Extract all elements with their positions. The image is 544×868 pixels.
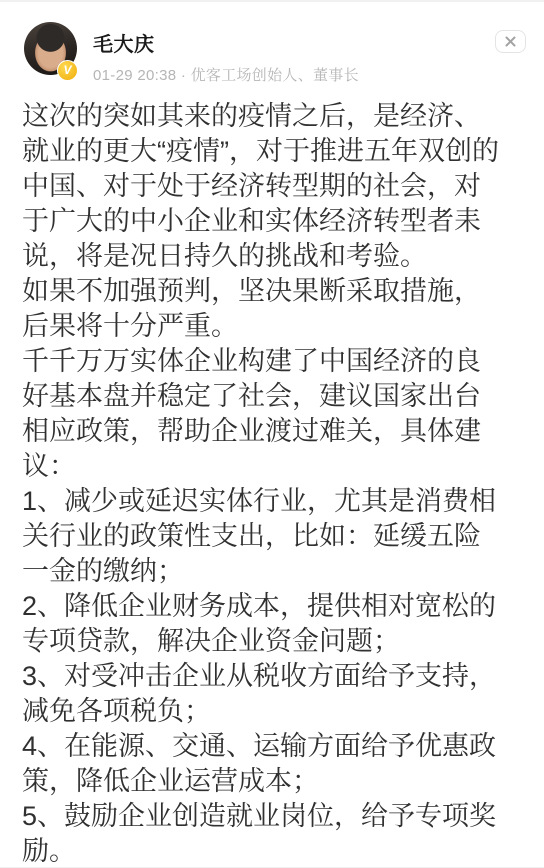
post-header: V 毛大庆 01-29 20:38 · 优客工场创始人、董事长 bbox=[0, 2, 544, 78]
verified-badge-icon: V bbox=[57, 60, 78, 81]
close-button[interactable] bbox=[495, 30, 526, 53]
post-meta: 01-29 20:38 · 优客工场创始人、董事长 bbox=[93, 64, 359, 85]
author-block: 毛大庆 01-29 20:38 · 优客工场创始人、董事长 bbox=[93, 28, 359, 85]
post-card: V 毛大庆 01-29 20:38 · 优客工场创始人、董事长 这次的突如其来的… bbox=[0, 0, 544, 868]
avatar[interactable]: V bbox=[24, 22, 77, 75]
author-name[interactable]: 毛大庆 bbox=[93, 28, 359, 57]
close-icon bbox=[505, 36, 516, 47]
post-text: 这次的突如其来的疫情之后，是经济、 就业的更大“疫情”，对于推进五年双创的 中国… bbox=[22, 99, 524, 868]
